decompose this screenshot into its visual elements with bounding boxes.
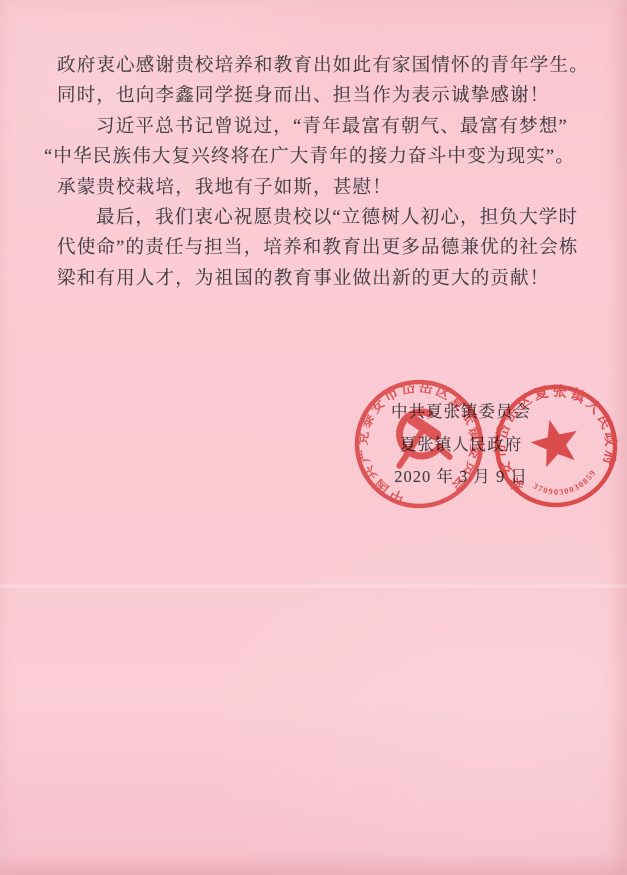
body-line: “中华民族伟大复兴终将在广大青年的接力奋斗中变为现实”。 [44, 142, 575, 172]
body-line: 最后，我们衷心祝愿贵校以“立德树人初心，担负大学时 [57, 203, 575, 233]
scanned-letter-page: 政府衷心感谢贵校培养和教育出如此有家国情怀的青年学生。 同时，也向李鑫同学挺身而… [0, 0, 627, 875]
body-line: 习近平总书记曾说过，“青年最富有朝气、最富有梦想” [57, 112, 575, 142]
letter-body: 政府衷心感谢贵校培养和教育出如此有家国情怀的青年学生。 同时，也向李鑫同学挺身而… [57, 51, 575, 294]
body-line: 代使命”的责任与担当，培养和教育出更多品德兼优的社会栋 [57, 233, 575, 263]
body-line: 政府衷心感谢贵校培养和教育出如此有家国情怀的青年学生。 [57, 51, 575, 81]
body-line: 梁和有用人才，为祖国的教育事业做出新的更大的贡献！ [57, 264, 575, 294]
paper-fold-line [0, 583, 627, 589]
signature-org-government: 夏张镇人民政府 [330, 429, 592, 462]
body-line: 同时，也向李鑫同学挺身而出、担当作为表示诚挚感谢！ [57, 81, 575, 111]
body-line: 承蒙贵校栽培，我地有子如斯，甚慰！ [57, 173, 575, 203]
signature-org-committee: 中共夏张镇委员会 [330, 396, 592, 429]
signature-block: 中共夏张镇委员会 夏张镇人民政府 2020 年 3 月 9 日 [330, 396, 592, 494]
signature-date: 2020 年 3 月 9 日 [330, 461, 592, 494]
